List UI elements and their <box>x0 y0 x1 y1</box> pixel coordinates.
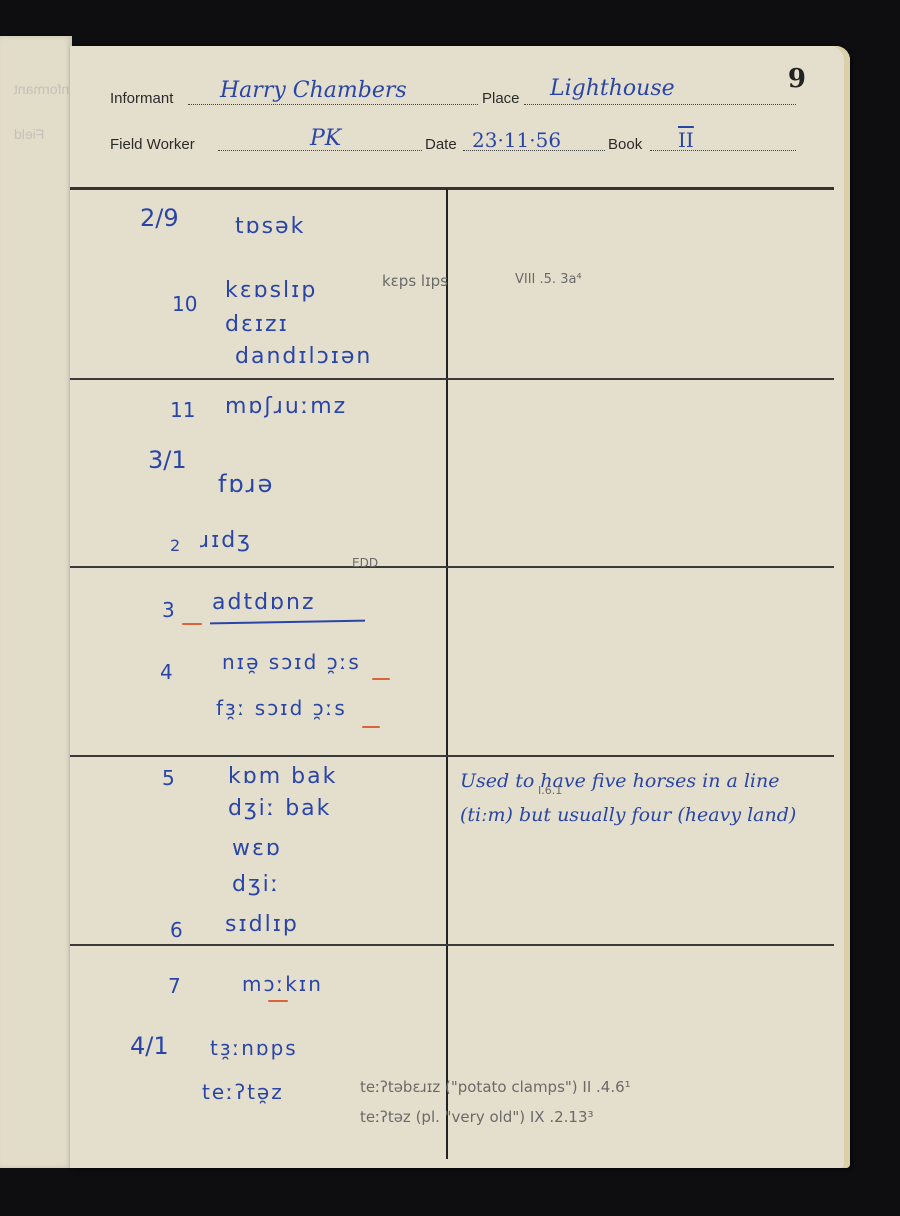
entry-ipa: fɜ̯ː sɔɪd ɔ̯ːs <box>216 696 347 720</box>
underline-mark <box>210 620 365 625</box>
entry-ref: 5 <box>162 766 175 790</box>
page-number: 9 <box>788 64 806 94</box>
book-line <box>650 150 796 151</box>
row-divider <box>70 566 834 568</box>
place-line <box>524 104 796 105</box>
informant-label: Informant <box>110 90 173 107</box>
book-label: Book <box>608 136 642 153</box>
entry-ipa: dʒiː bak <box>228 796 331 821</box>
entry-ref: 2/9 <box>140 204 179 232</box>
entry-ipa: mɒʃɹuːmz <box>225 394 347 419</box>
notes-text: Used to have five horses in a line (tiːm… <box>460 764 820 832</box>
notebook-page: 9 Informant Harry Chambers Place Lightho… <box>70 46 850 1168</box>
red-mark <box>182 623 202 625</box>
column-divider <box>446 189 448 1159</box>
date-label: Date <box>425 136 457 153</box>
book-value: II <box>678 128 694 152</box>
red-mark <box>362 726 380 728</box>
entry-ipa: sɪdlɪp <box>225 912 299 937</box>
red-mark <box>268 1000 288 1002</box>
entry-ipa: fɒɹə <box>218 470 274 498</box>
entry-ref: 10 <box>172 292 197 316</box>
entry-ref: 4/1 <box>130 1032 169 1060</box>
row-divider <box>70 378 834 380</box>
pencil-annotation: teːʔtəbɛɹɪz ("potato clamps") II .4.6¹ <box>360 1078 631 1096</box>
entry-ref: 11 <box>170 398 195 422</box>
entry-ref: 4 <box>160 660 173 684</box>
informant-line <box>188 104 478 105</box>
entry-ref: 3/1 <box>148 446 187 474</box>
pencil-annotation: kɛps lɪps <box>382 272 448 290</box>
entry-ref: 3 <box>162 598 175 622</box>
ghost-text: Informant <box>14 81 73 97</box>
pencil-annotation: teːʔtəz (pl. "very old") IX .2.13³ <box>360 1108 594 1126</box>
ghost-text: Field <box>14 126 44 142</box>
entry-ipa: tɒsək <box>235 214 305 239</box>
informant-value: Harry Chambers <box>220 78 407 103</box>
previous-page-edge: Informant Field <box>0 36 72 1168</box>
entry-ipa: kɛɒslɪp <box>225 278 317 303</box>
place-label: Place <box>482 90 520 107</box>
entry-ipa: kɒm bak <box>228 764 337 789</box>
entry-ref: 2 <box>170 536 180 555</box>
row-divider <box>70 944 834 946</box>
pencil-annotation-edd: EDD <box>352 556 378 570</box>
field-worker-value: PK <box>310 126 341 151</box>
row-divider <box>70 755 834 757</box>
entry-ipa: ɹɪdʒ <box>200 528 252 553</box>
entry-ipa: teːʔtə̯z <box>202 1080 284 1104</box>
place-value: Lighthouse <box>550 76 675 101</box>
header-divider <box>70 187 834 190</box>
entry-ipa: nɪə̯ sɔɪd ɔ̯ːs <box>222 650 361 674</box>
entry-ipa: adtdɒnz <box>212 590 316 615</box>
date-value: 23·11·56 <box>472 128 561 152</box>
entry-ipa: dandɪlɔɪən <box>235 344 372 369</box>
entry-ipa: mɔːkɪn <box>242 972 323 996</box>
entry-ipa: wɛɒ <box>232 836 282 861</box>
entry-ipa: dʒiː <box>232 872 280 897</box>
entry-ipa: dɛɪzɪ <box>225 312 289 337</box>
red-mark <box>372 678 390 680</box>
notes-reference: I.6.1 <box>538 784 562 797</box>
pencil-reference: VIII .5. 3a⁴ <box>515 272 582 287</box>
entry-ref: 7 <box>168 974 181 998</box>
entry-ref: 6 <box>170 918 183 942</box>
entry-ipa: tɜ̯ːnɒps <box>210 1036 298 1060</box>
field-worker-label: Field Worker <box>110 136 195 153</box>
